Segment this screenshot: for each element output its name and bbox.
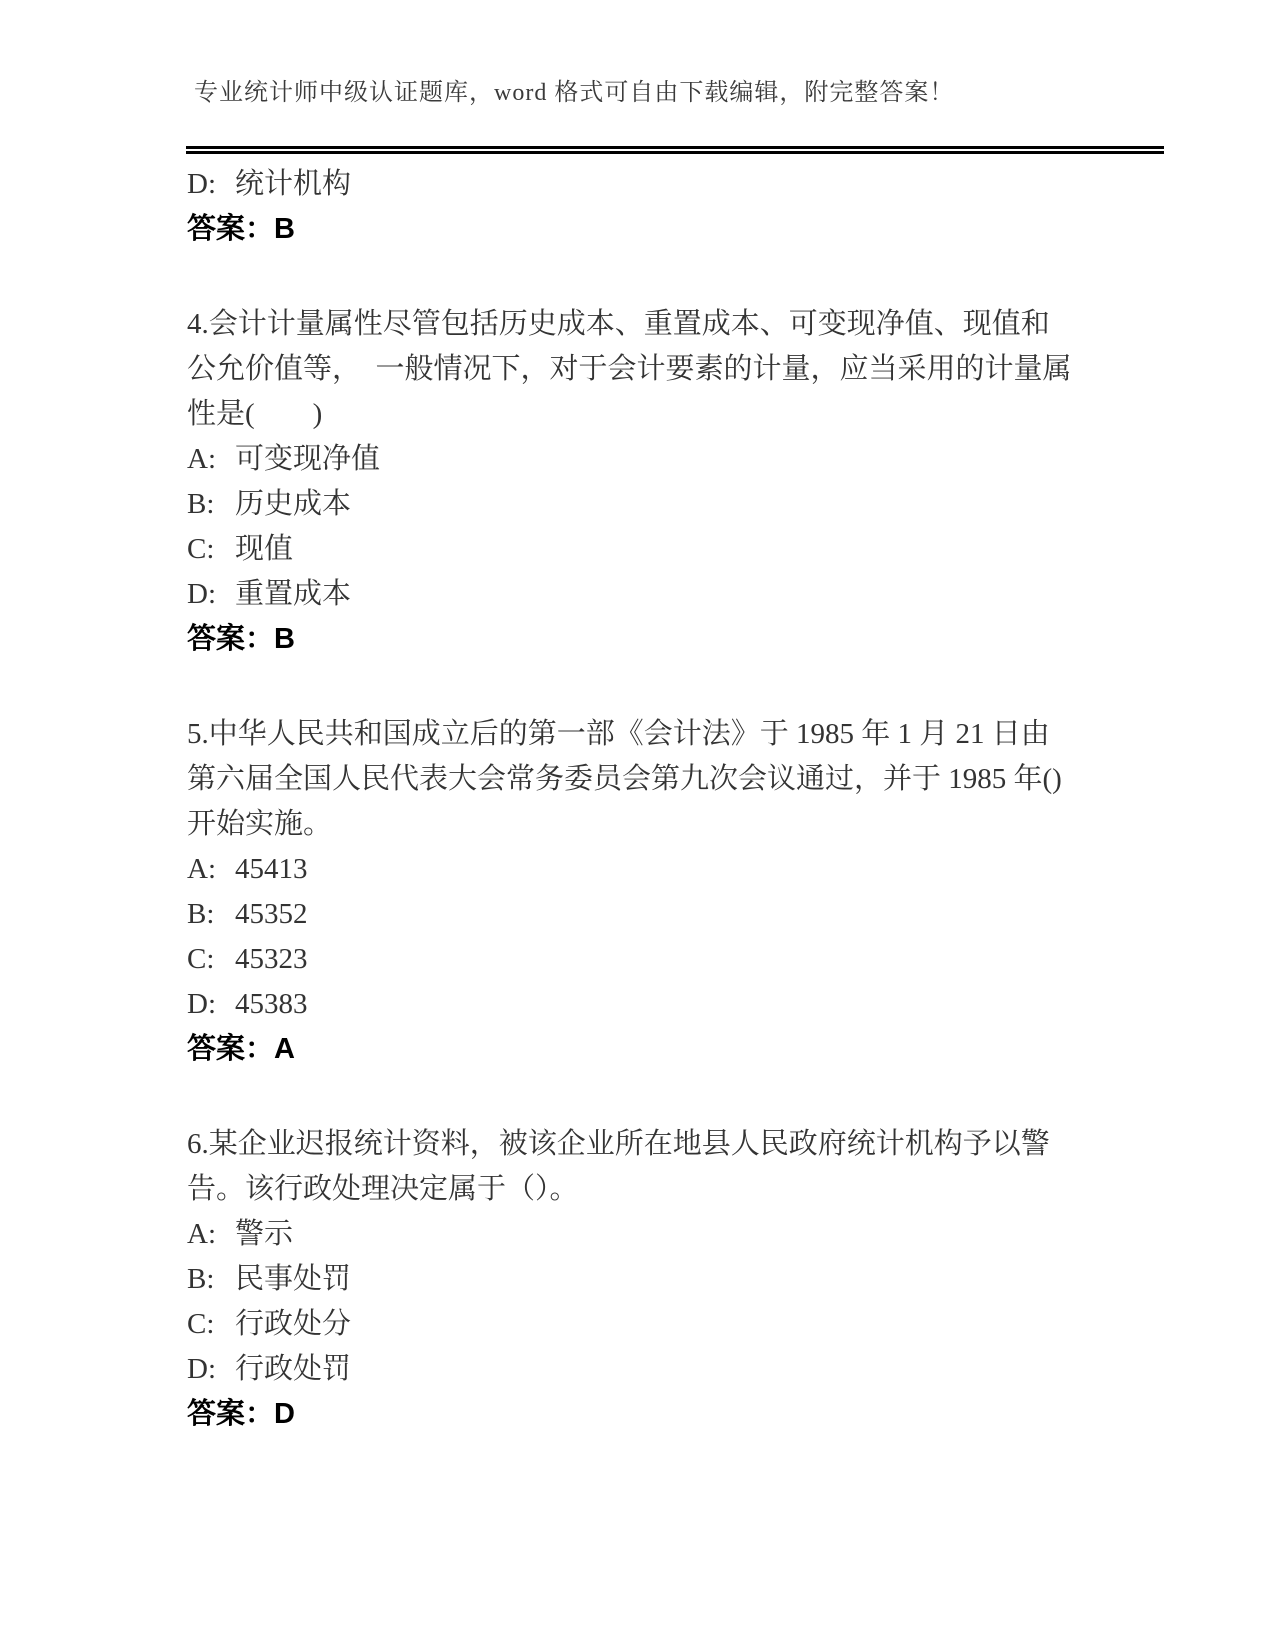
option-text: 行政处罚 [235,1353,351,1385]
option-text: 民事处罚 [235,1263,351,1295]
option-line: B:民事处罚 [187,1257,1087,1302]
page-header-title: 专业统计师中级认证题库，word 格式可自由下载编辑，附完整答案！ [0,0,1275,107]
answer-label: 答案： [187,623,274,655]
question-text-line: 公允价值等， 一般情况下，对于会计要素的计量，应当采用的计量属 [187,347,1087,392]
answer-line: 答案：A [187,1027,1087,1072]
carryover-question-tail: D:统计机构 答案：B [187,162,1087,252]
option-letter: B: [187,482,219,527]
option-letter: B: [187,892,219,937]
option-letter: D: [187,1347,219,1392]
option-letter: B: [187,1257,219,1302]
answer-line: 答案：D [187,1392,1087,1437]
question-text-line: 4.会计计量属性尽管包括历史成本、重置成本、可变现净值、现值和 [187,302,1087,347]
option-text: 可变现净值 [235,443,380,475]
option-text: 行政处分 [235,1308,351,1340]
question-6: 6.某企业迟报统计资料，被该企业所在地县人民政府统计机构予以警 告。该行政处理决… [187,1122,1087,1437]
question-text-line: 性是( ) [187,392,1087,437]
option-letter: D: [187,572,219,617]
option-letter: A: [187,437,219,482]
option-line: D:统计机构 [187,162,1087,207]
option-line: A:可变现净值 [187,437,1087,482]
option-line: D:45383 [187,982,1087,1027]
answer-label: 答案： [187,213,274,245]
option-letter: A: [187,1212,219,1257]
answer-label: 答案： [187,1398,274,1430]
option-text: 重置成本 [235,578,351,610]
option-line: B:45352 [187,892,1087,937]
option-text: 45323 [235,943,308,975]
option-text: 历史成本 [235,488,351,520]
question-text-line: 5.中华人民共和国成立后的第一部《会计法》于 1985 年 1 月 21 日由 [187,712,1087,757]
option-line: C:行政处分 [187,1302,1087,1347]
option-text: 统计机构 [235,168,351,200]
option-line: A:警示 [187,1212,1087,1257]
option-letter: C: [187,527,219,572]
document-page: 专业统计师中级认证题库，word 格式可自由下载编辑，附完整答案！ D:统计机构… [0,0,1275,1650]
question-5: 5.中华人民共和国成立后的第一部《会计法》于 1985 年 1 月 21 日由 … [187,712,1087,1072]
option-line: D:重置成本 [187,572,1087,617]
question-text-line: 6.某企业迟报统计资料，被该企业所在地县人民政府统计机构予以警 [187,1122,1087,1167]
option-line: D:行政处罚 [187,1347,1087,1392]
option-text: 45352 [235,898,308,930]
question-4: 4.会计计量属性尽管包括历史成本、重置成本、可变现净值、现值和 公允价值等， 一… [187,302,1087,662]
question-text-line: 告。该行政处理决定属于（）。 [187,1167,1087,1212]
answer-value: A [274,1033,295,1065]
option-text: 45413 [235,853,308,885]
answer-line: 答案：B [187,617,1087,662]
option-text: 警示 [235,1218,293,1250]
option-letter: D: [187,162,219,207]
answer-value: B [274,623,295,655]
option-text: 45383 [235,988,308,1020]
answer-value: D [274,1398,295,1430]
question-text-line: 开始实施。 [187,802,1087,847]
option-line: A:45413 [187,847,1087,892]
option-letter: C: [187,1302,219,1347]
document-content: D:统计机构 答案：B 4.会计计量属性尽管包括历史成本、重置成本、可变现净值、… [187,162,1087,1437]
answer-label: 答案： [187,1033,274,1065]
question-text-line: 第六届全国人民代表大会常务委员会第九次会议通过，并于 1985 年() [187,757,1087,802]
answer-value: B [274,213,295,245]
option-letter: A: [187,847,219,892]
option-letter: D: [187,982,219,1027]
option-line: B:历史成本 [187,482,1087,527]
option-line: C:现值 [187,527,1087,572]
option-line: C:45323 [187,937,1087,982]
option-letter: C: [187,937,219,982]
option-text: 现值 [235,533,293,565]
answer-line: 答案：B [187,207,1087,252]
header-divider [186,146,1164,154]
